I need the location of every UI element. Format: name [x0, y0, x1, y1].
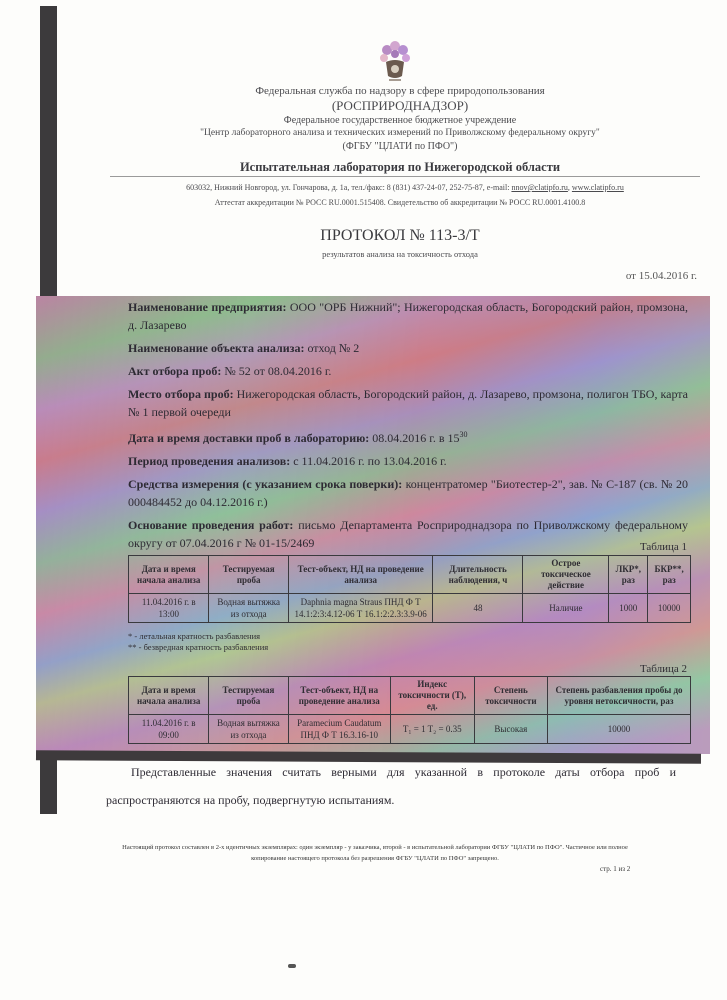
field-label: Дата и время доставки проб в лабораторию…	[128, 431, 369, 445]
email-link[interactable]: nnov@clatipfo.ru	[511, 183, 567, 192]
protocol-date: от 15.04.2016 г.	[626, 270, 697, 282]
institution-type: Федеральное государственное бюджетное уч…	[120, 115, 680, 126]
field-value: с 11.04.2016 г. по 13.04.2016 г.	[293, 454, 446, 468]
table-cell: Наличие	[523, 594, 609, 623]
emblem-icon	[375, 40, 415, 84]
column-header: Тест-объект, НД на проведение анализа	[288, 677, 390, 715]
table-cell: 1000	[609, 594, 648, 623]
table-cell: 11.04.2016 г. в 13:00	[129, 594, 209, 623]
field-label: Наименование объекта анализа:	[128, 341, 304, 355]
field-delivery-date: Дата и время доставки проб в лабораторию…	[128, 426, 688, 447]
table-cell: Daphnia magna Straus ПНД Ф Т 14.1:2:3:4.…	[288, 594, 433, 623]
column-header: Индекс токсичности (Т), ед.	[390, 677, 474, 715]
field-object: Наименование объекта анализа: отход № 2	[128, 339, 688, 357]
column-header: Острое токсическое действие	[523, 556, 609, 594]
field-value: 08.04.2016 г. в 15	[372, 431, 459, 445]
field-label: Период проведения анализов:	[128, 454, 290, 468]
service-name: Федеральная служба по надзору в сфере пр…	[120, 85, 680, 97]
table2-caption: Таблица 2	[640, 663, 687, 675]
note: * - летальная кратность разбавления	[128, 631, 268, 642]
website-link[interactable]: www.clatipfo.ru	[572, 183, 624, 192]
scan-speck	[288, 964, 296, 968]
field-instruments: Средства измерения (с указанием срока по…	[128, 475, 688, 511]
column-header: Дата и время начала анализа	[129, 677, 209, 715]
table1-caption: Таблица 1	[640, 541, 687, 553]
table-row: 11.04.2016 г. в 13:00Водная вытяжка из о…	[129, 594, 691, 623]
table1: Дата и время начала анализаТестируемая п…	[128, 555, 691, 623]
center-short-name: (ФГБУ "ЦЛАТИ по ПФО")	[120, 141, 680, 152]
table-cell: Водная вытяжка из отхода	[209, 594, 288, 623]
table-cell: Водная вытяжка из отхода	[209, 715, 288, 744]
field-value-sup: 30	[460, 430, 468, 439]
field-sampling-place: Место отбора проб: Нижегородская область…	[128, 385, 688, 421]
accreditation: Аттестат аккредитации № РОСС RU.0001.515…	[120, 198, 680, 207]
lab-name: Испытательная лаборатория по Нижегородск…	[120, 160, 680, 175]
table1-notes: * - летальная кратность разбавления ** -…	[128, 631, 268, 653]
footer-note: Настоящий протокол составлен в 2-х идент…	[110, 842, 640, 864]
table-row: 11.04.2016 г. в 09:00Водная вытяжка из о…	[129, 715, 691, 744]
table-cell: 10000	[548, 715, 691, 744]
protocol-title: ПРОТОКОЛ № 113-3/Т	[120, 227, 680, 245]
field-basis: Основание проведения работ: письмо Депар…	[128, 516, 688, 552]
column-header: ЛКР*, раз	[609, 556, 648, 594]
lab-address: 603032, Нижний Новгород, ул. Гончарова, …	[105, 183, 705, 192]
table-cell: T₁ = 1 T₂ = 0.35	[390, 715, 474, 744]
service-short-name: (РОСПРИРОДНАДЗОР)	[120, 98, 680, 114]
center-name: "Центр лабораторного анализа и техническ…	[120, 128, 680, 138]
field-sampling-act: Акт отбора проб: № 52 от 08.04.2016 г.	[128, 362, 688, 380]
address-text: 603032, Нижний Новгород, ул. Гончарова, …	[186, 183, 509, 192]
column-header: Степень разбавления пробы до уровня нето…	[548, 677, 691, 715]
table-cell: Высокая	[474, 715, 547, 744]
table-cell: 48	[433, 594, 523, 623]
column-header: Тестируемая проба	[209, 677, 288, 715]
field-value: отход № 2	[307, 341, 359, 355]
table-cell: Paramecium Caudatum ПНД Ф Т 16.3.16-10	[288, 715, 390, 744]
field-label: Акт отбора проб:	[128, 364, 221, 378]
field-label: Наименование предприятия:	[128, 300, 286, 314]
field-enterprise: Наименование предприятия: ООО "ОРБ Нижни…	[128, 298, 688, 334]
header-divider	[110, 176, 700, 177]
field-label: Основание проведения работ:	[128, 518, 293, 532]
page-number: стр. 1 из 2	[600, 865, 630, 873]
protocol-fields: Наименование предприятия: ООО "ОРБ Нижни…	[128, 298, 688, 557]
table-cell: 10000	[648, 594, 691, 623]
column-header: Степень токсичности	[474, 677, 547, 715]
column-header: Дата и время начала анализа	[129, 556, 209, 594]
column-header: Тест-объект, НД на проведение анализа	[288, 556, 433, 594]
column-header: Длительность наблюдения, ч	[433, 556, 523, 594]
field-label: Средства измерения (с указанием срока по…	[128, 477, 402, 491]
field-analysis-period: Период проведения анализов: с 11.04.2016…	[128, 452, 688, 470]
conclusion-text: Представленные значения считать верными …	[106, 758, 676, 814]
note: ** - безвредная кратность разбавления	[128, 642, 268, 653]
table2: Дата и время начала анализаТестируемая п…	[128, 676, 691, 744]
protocol-subtitle: результатов анализа на токсичность отход…	[120, 249, 680, 259]
column-header: Тестируемая проба	[209, 556, 288, 594]
field-value: № 52 от 08.04.2016 г.	[224, 364, 331, 378]
column-header: БКР**, раз	[648, 556, 691, 594]
table-cell: 11.04.2016 г. в 09:00	[129, 715, 209, 744]
field-label: Место отбора проб:	[128, 387, 234, 401]
